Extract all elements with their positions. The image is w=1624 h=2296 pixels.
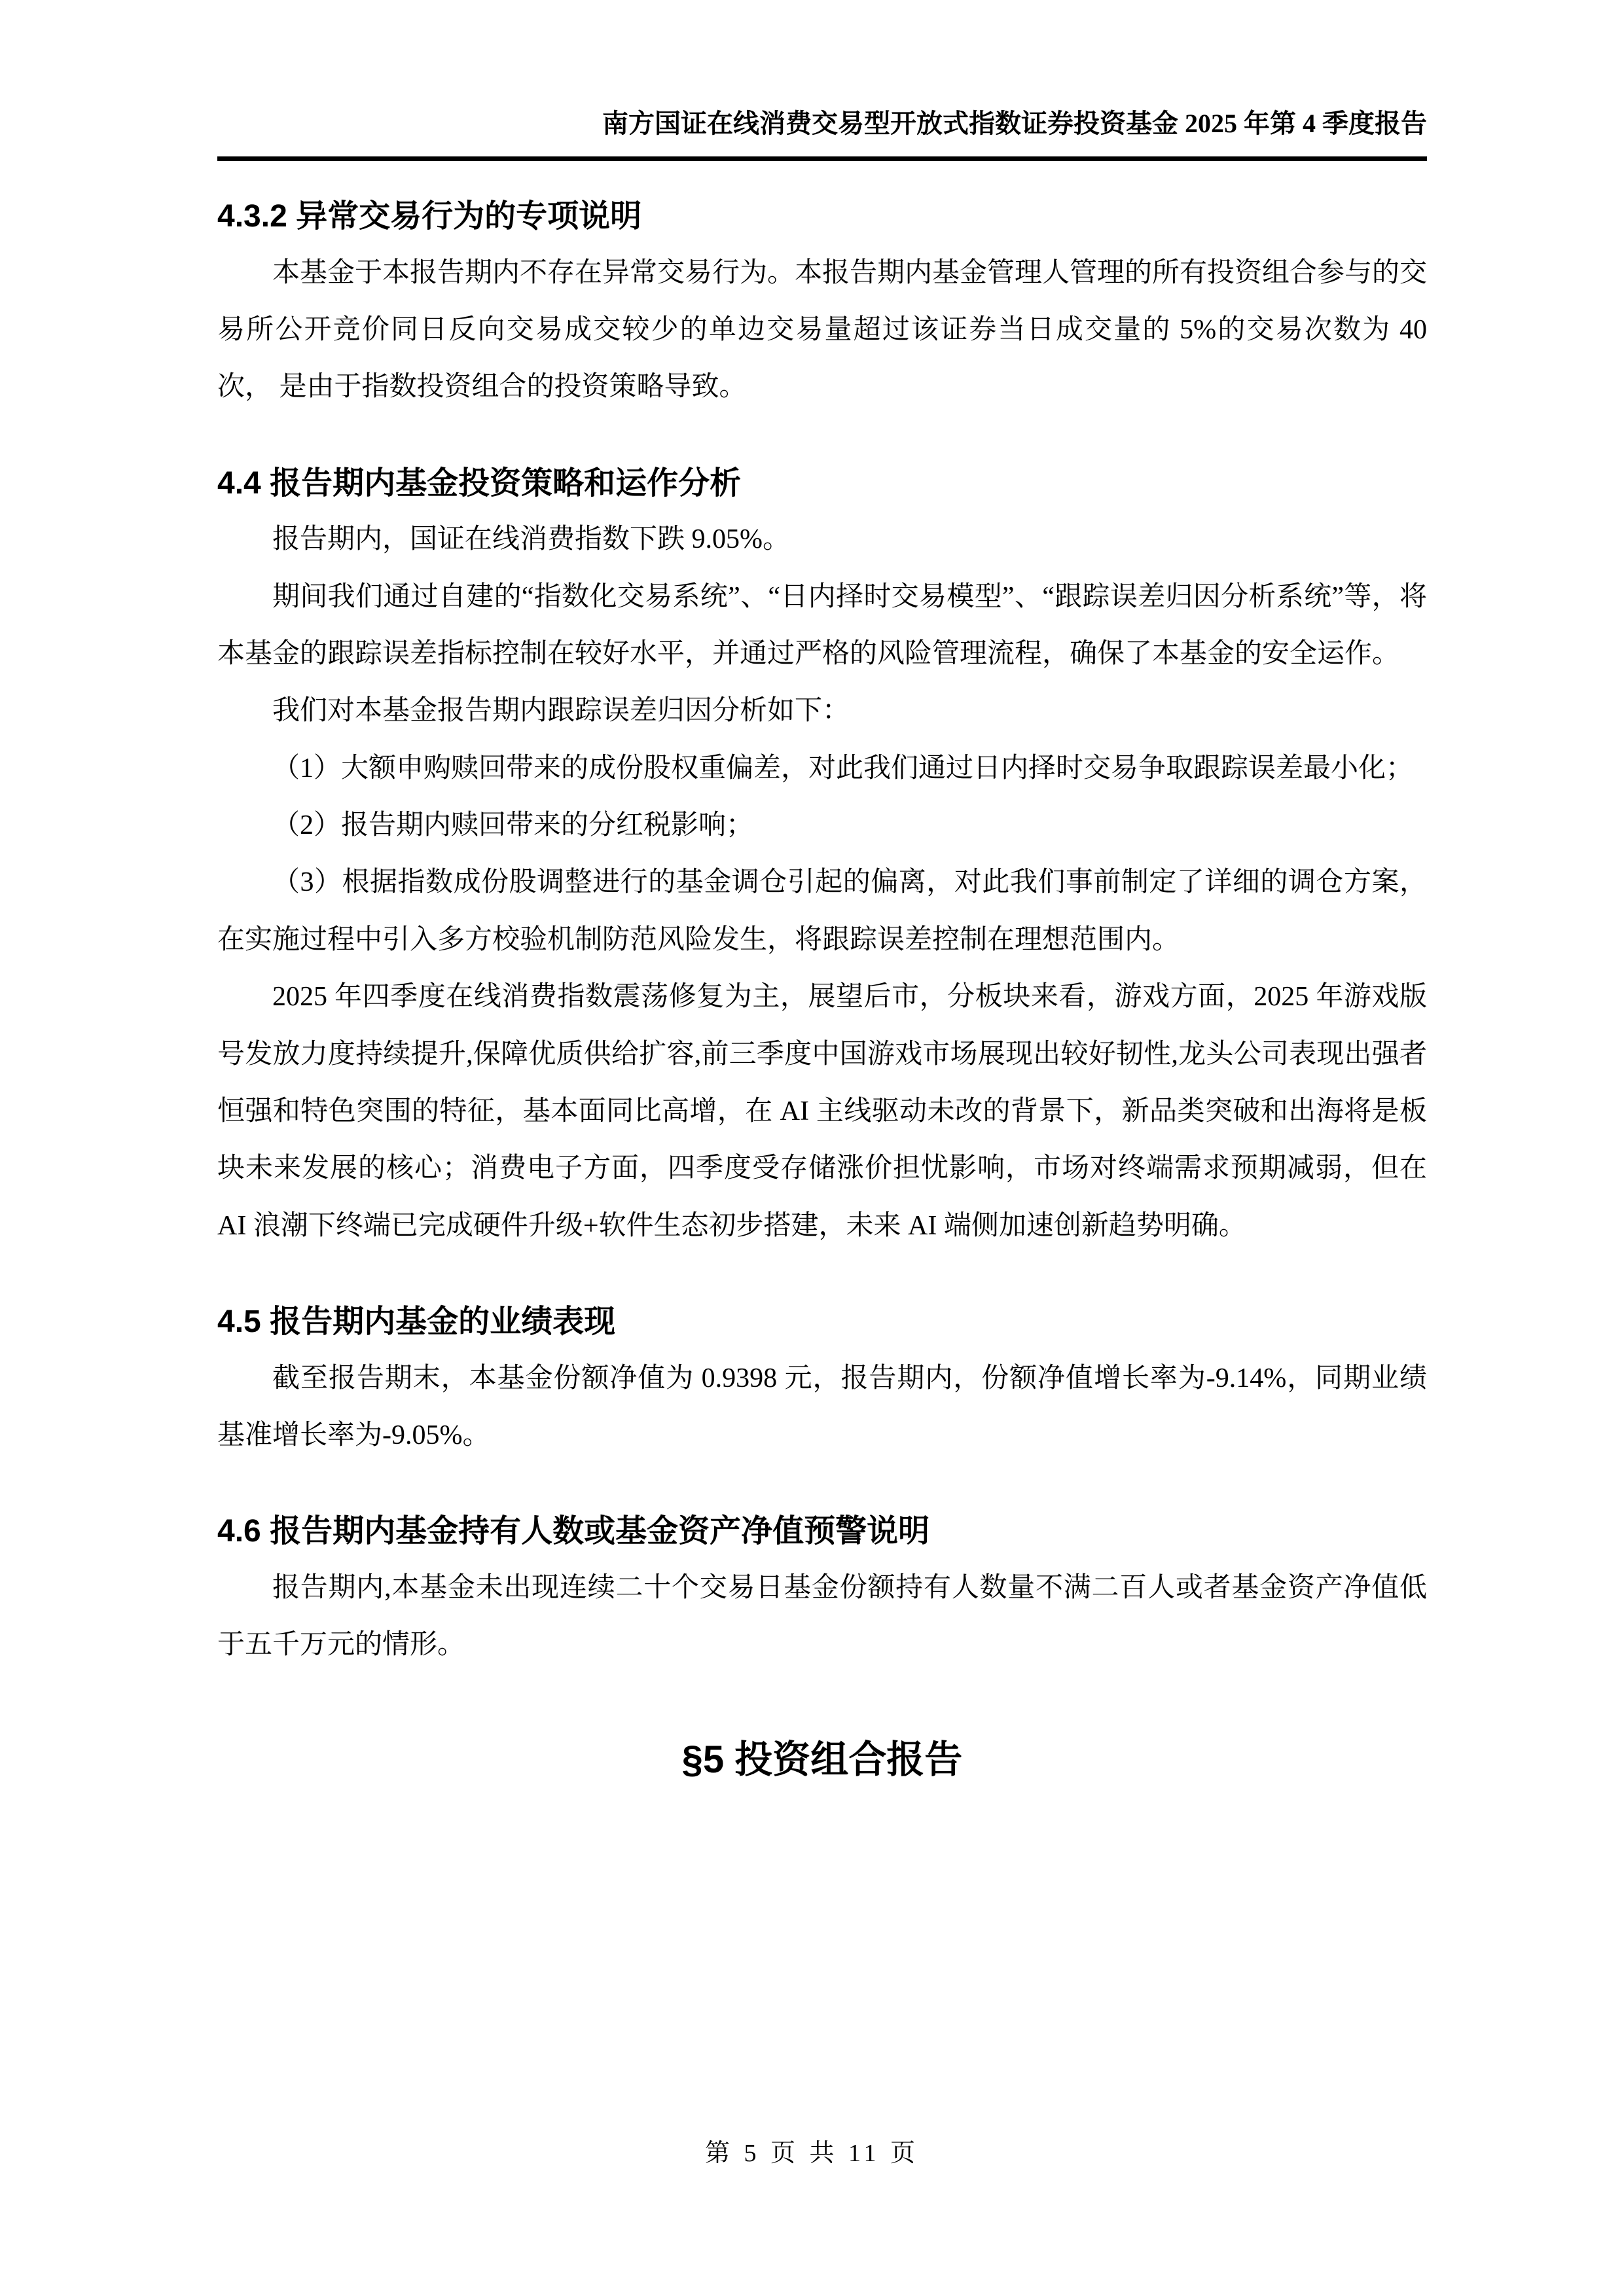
paragraph: 期间我们通过自建的“指数化交易系统”、“日内择时交易模型”、“跟踪误差归因分析系… [217, 569, 1427, 683]
paragraph: （3）根据指数成份股调整进行的基金调仓引起的偏离，对此我们事前制定了详细的调仓方… [217, 854, 1427, 969]
section-heading-4-6: 4.6 报告期内基金持有人数或基金资产净值预警说明 [217, 1513, 1427, 1551]
page-number-footer: 第 5 页 共 11 页 [0, 2132, 1624, 2168]
section-body-4-3-2: 本基金于本报告期内不存在异常交易行为。本报告期内基金管理人管理的所有投资组合参与… [217, 245, 1427, 416]
section-heading-4-4: 4.4 报告期内基金投资策略和运作分析 [217, 465, 1427, 503]
paragraph: （2）报告期内赎回带来的分红税影响； [217, 797, 1427, 854]
paragraph: 我们对本基金报告期内跟踪误差归因分析如下： [217, 683, 1427, 740]
running-header-title: 南方国证在线消费交易型开放式指数证券投资基金 2025 年第 4 季度报告 [217, 108, 1427, 139]
paragraph: 报告期内，国证在线消费指数下跌 9.05%。 [217, 511, 1427, 568]
section-body-4-6: 报告期内,本基金未出现连续二十个交易日基金份额持有人数量不满二百人或者基金资产净… [217, 1560, 1427, 1674]
paragraph: （1）大额申购赎回带来的成份股权重偏差，对此我们通过日内择时交易争取跟踪误差最小… [217, 740, 1427, 797]
report-page: 南方国证在线消费交易型开放式指数证券投资基金 2025 年第 4 季度报告 4.… [0, 0, 1624, 2296]
header-divider-rule [217, 156, 1427, 161]
section-body-4-5: 截至报告期末，本基金份额净值为 0.9398 元，报告期内，份额净值增长率为-9… [217, 1350, 1427, 1465]
paragraph: 2025 年四季度在线消费指数震荡修复为主，展望后市，分板块来看，游戏方面，20… [217, 969, 1427, 1255]
paragraph: 本基金于本报告期内不存在异常交易行为。本报告期内基金管理人管理的所有投资组合参与… [217, 245, 1427, 416]
page-content: 南方国证在线消费交易型开放式指数证券投资基金 2025 年第 4 季度报告 4.… [0, 0, 1624, 1782]
section-heading-4-3-2: 4.3.2 异常交易行为的专项说明 [217, 198, 1427, 236]
section-body-4-4: 报告期内，国证在线消费指数下跌 9.05%。 期间我们通过自建的“指数化交易系统… [217, 511, 1427, 1255]
section-heading-4-5: 4.5 报告期内基金的业绩表现 [217, 1303, 1427, 1341]
paragraph: 报告期内,本基金未出现连续二十个交易日基金份额持有人数量不满二百人或者基金资产净… [217, 1560, 1427, 1674]
chapter-heading-5: §5 投资组合报告 [217, 1737, 1427, 1783]
paragraph: 截至报告期末，本基金份额净值为 0.9398 元，报告期内，份额净值增长率为-9… [217, 1350, 1427, 1465]
